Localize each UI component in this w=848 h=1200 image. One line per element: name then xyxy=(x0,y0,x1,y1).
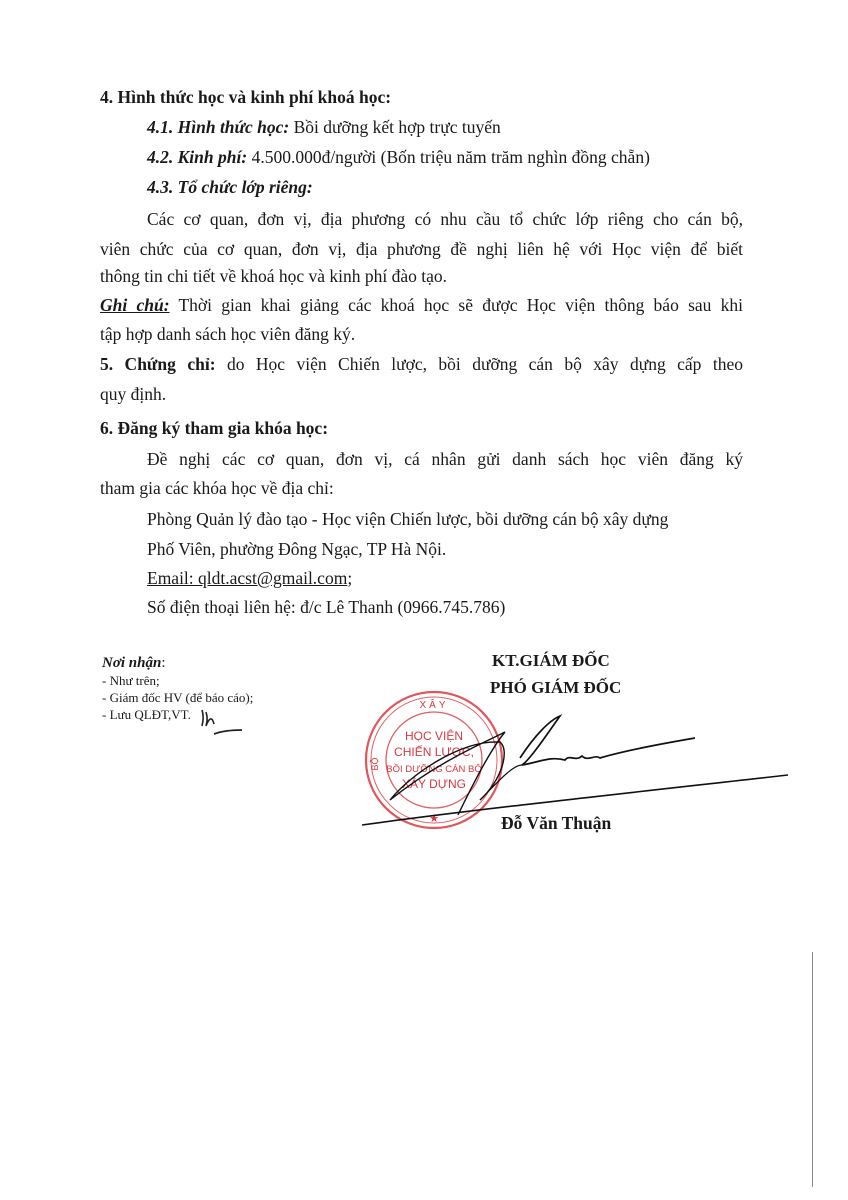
document-page: 4. Hình thức học và kinh phí khoá học: 4… xyxy=(0,0,848,1200)
section-4-3: 4.3. Tổ chức lớp riêng: xyxy=(147,176,313,198)
para-line: Các cơ quan, đơn vị, địa phương có nhu c… xyxy=(147,208,743,230)
section-5-text: do Học viện Chiến lược, bồi dưỡng cán bộ… xyxy=(216,354,743,374)
phone-line: Số điện thoại liên hệ: đ/c Lê Thanh (096… xyxy=(147,596,505,618)
address-line-2: Phố Viên, phường Đông Ngạc, TP Hà Nội. xyxy=(147,538,446,560)
recipient-item: - Lưu QLĐT,VT. xyxy=(102,707,191,723)
email-label: Email: xyxy=(147,568,198,588)
recipients-colon: : xyxy=(161,655,165,671)
initials-mark-icon xyxy=(196,704,248,738)
para-line: viên chức của cơ quan, đơn vị, địa phươn… xyxy=(100,238,743,260)
recipients-label: Nơi nhận: xyxy=(102,652,166,674)
signature-title-1: KT.GIÁM ĐỐC xyxy=(492,650,610,672)
section-5-line-2: quy định. xyxy=(100,383,166,405)
intro-line-2: tham gia các khóa học về địa chỉ: xyxy=(100,477,334,499)
margin-line xyxy=(812,952,813,1187)
signer-name: Đỗ Văn Thuận xyxy=(501,812,611,834)
email-suffix: ; xyxy=(347,568,352,588)
item-value: Bồi dưỡng kết hợp trực tuyến xyxy=(289,117,500,137)
email-line: Email: qldt.acst@gmail.com; xyxy=(147,567,352,589)
recipients-label-text: Nơi nhận xyxy=(102,655,161,671)
section-4-heading: 4. Hình thức học và kinh phí khoá học: xyxy=(100,86,391,108)
section-5-label: 5. Chứng chỉ: xyxy=(100,354,216,374)
para-line: thông tin chi tiết về khoá học và kinh p… xyxy=(100,265,447,287)
intro-line: Đề nghị các cơ quan, đơn vị, cá nhân gửi… xyxy=(147,448,743,470)
section-4-1: 4.1. Hình thức học: Bồi dưỡng kết hợp tr… xyxy=(147,116,501,138)
email-link[interactable]: qldt.acst@gmail.com xyxy=(198,568,347,588)
note-line: Ghi chú: Thời gian khai giảng các khoá h… xyxy=(100,294,743,316)
item-value: 4.500.000đ/người (Bốn triệu năm trăm ngh… xyxy=(247,147,650,167)
note-line-2: tập hợp danh sách học viên đăng ký. xyxy=(100,323,355,345)
note-text: Thời gian khai giảng các khoá học sẽ đượ… xyxy=(170,295,743,315)
item-label: 4.1. Hình thức học: xyxy=(147,117,289,137)
address-line: Phòng Quản lý đào tạo - Học viện Chiến l… xyxy=(147,508,668,530)
item-label: 4.2. Kinh phí: xyxy=(147,147,247,167)
note-label: Ghi chú: xyxy=(100,295,170,315)
section-4-2: 4.2. Kinh phí: 4.500.000đ/người (Bốn tri… xyxy=(147,146,650,168)
recipient-item: - Như trên; xyxy=(102,673,160,689)
section-6-heading: 6. Đăng ký tham gia khóa học: xyxy=(100,417,328,439)
section-5: 5. Chứng chỉ: do Học viện Chiến lược, bồ… xyxy=(100,353,743,375)
